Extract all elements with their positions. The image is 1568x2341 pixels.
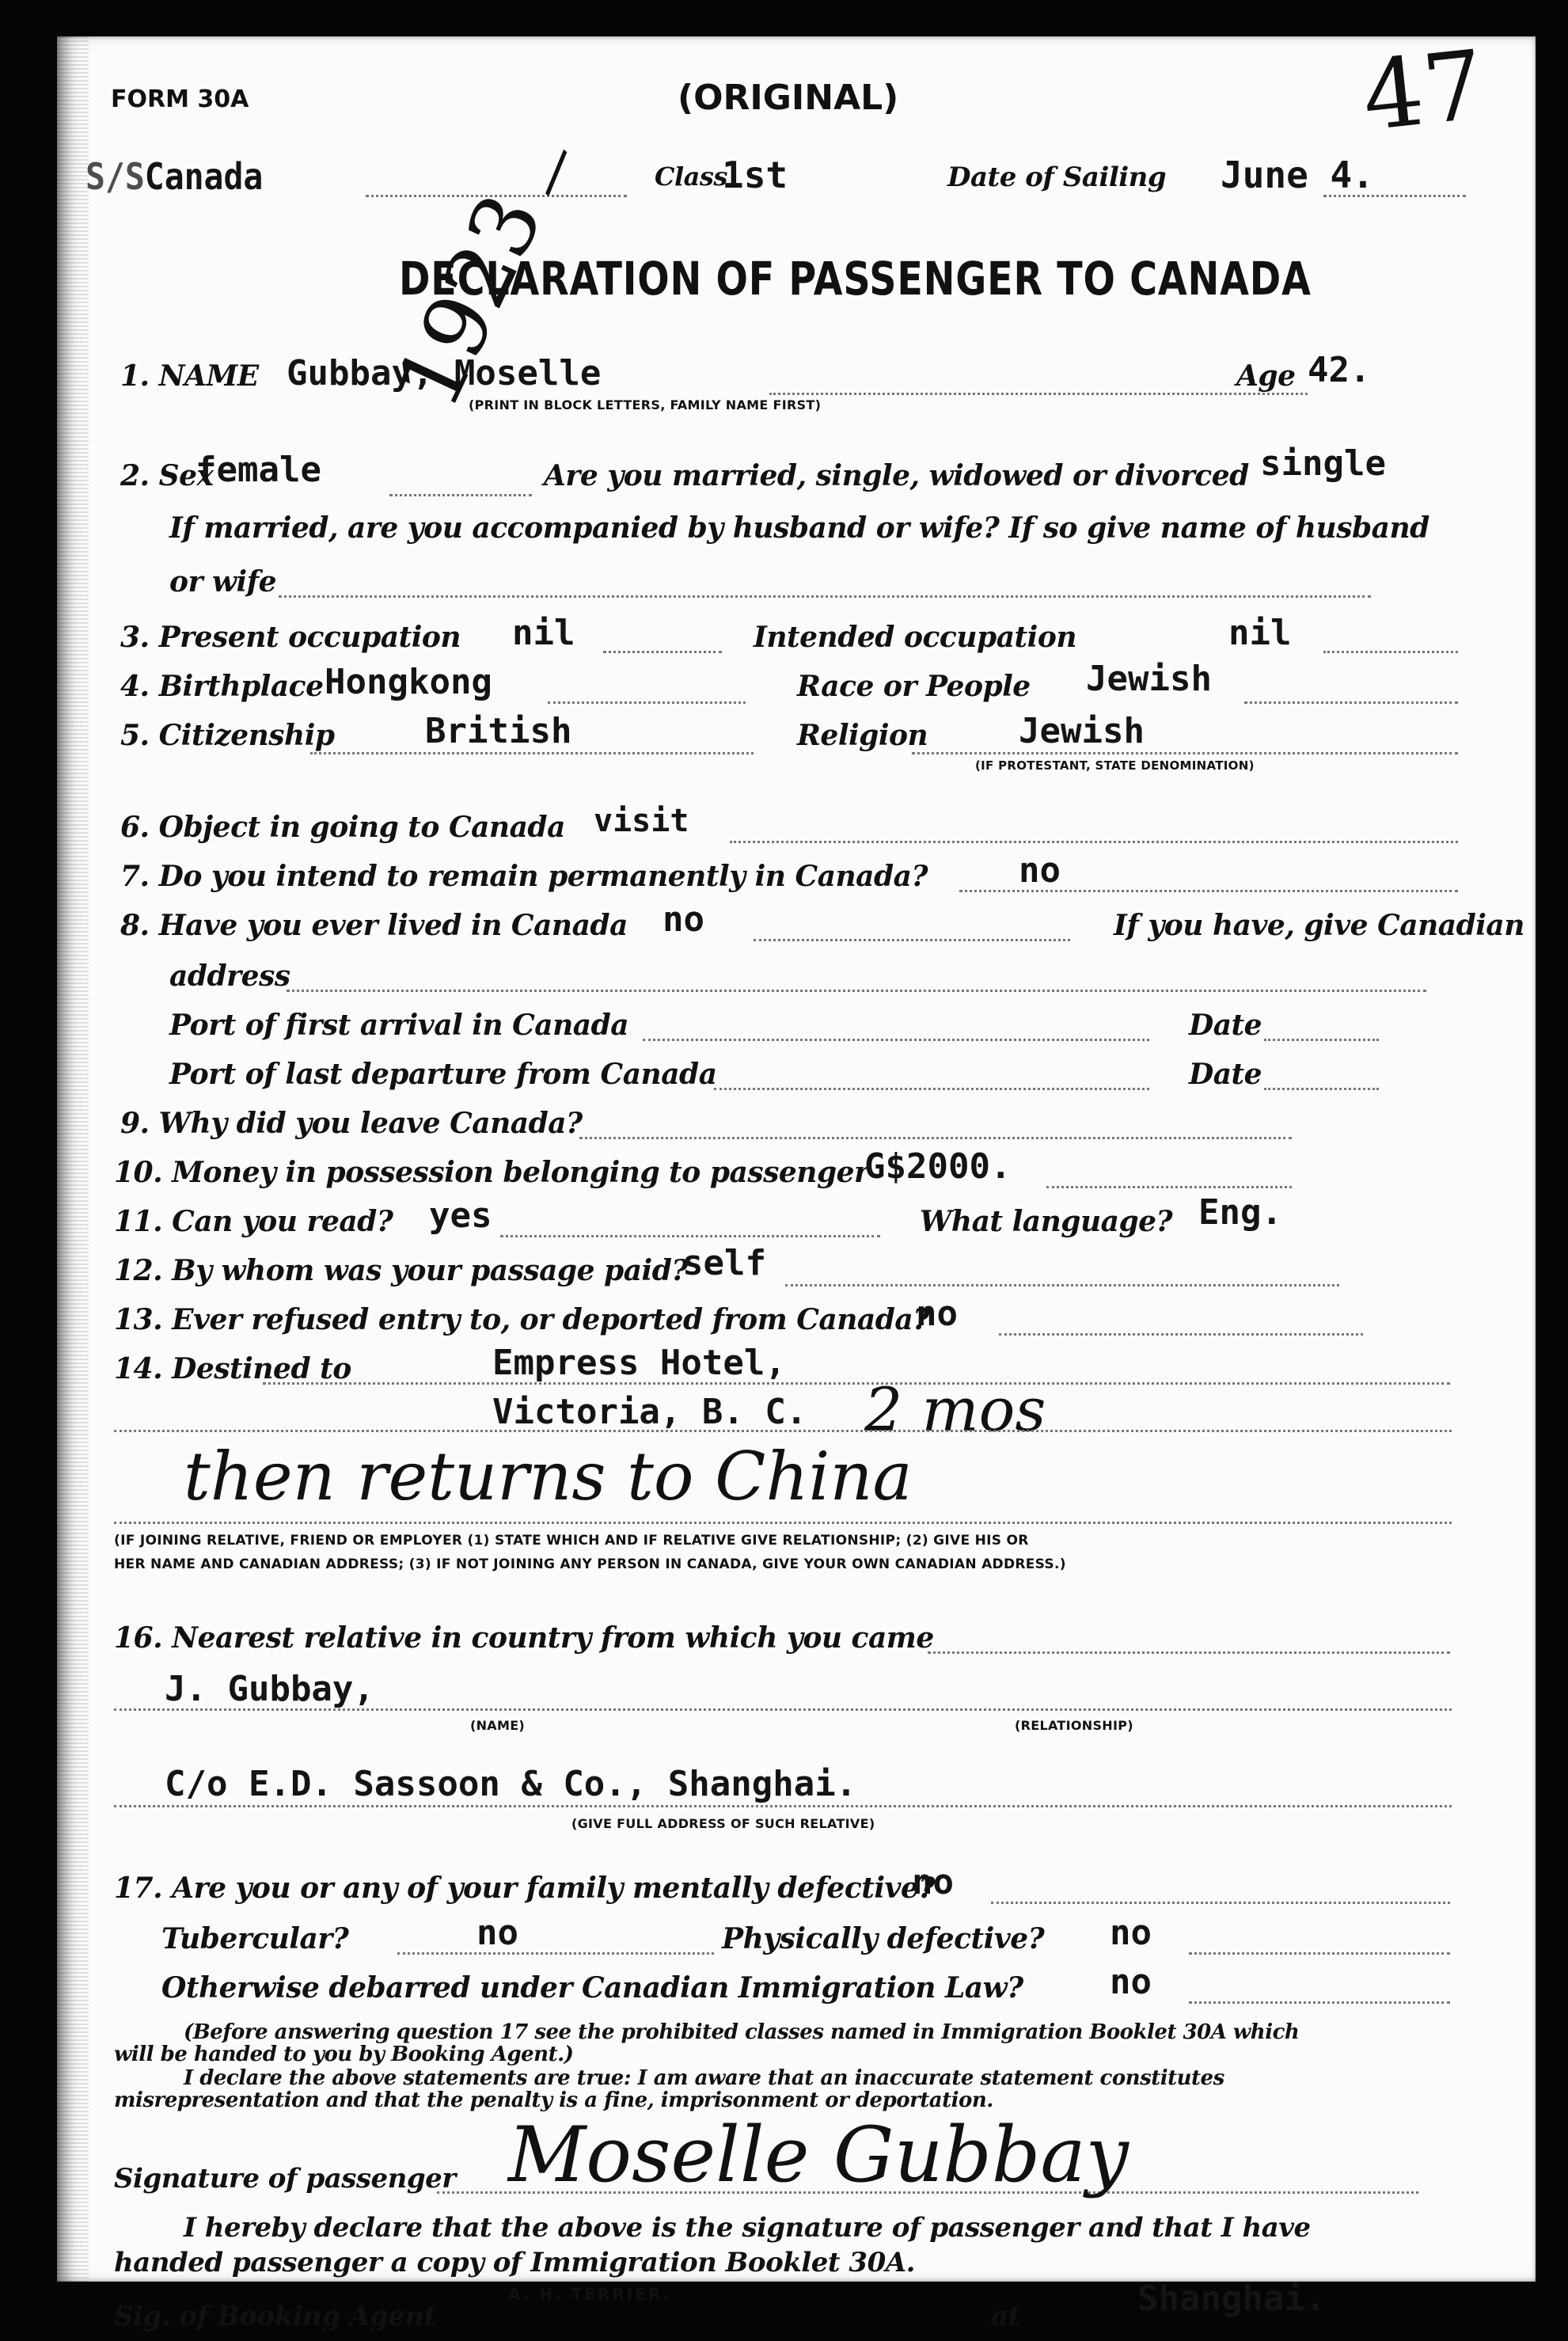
agent-name: A. H. TERRIER. bbox=[508, 2285, 671, 2304]
agent-declaration-2: handed passenger a copy of Immigration B… bbox=[114, 2247, 915, 2278]
q14-caption-2: HER NAME AND CANADIAN ADDRESS; (3) IF NO… bbox=[114, 1556, 1066, 1572]
q17-line bbox=[991, 1902, 1450, 1904]
q14-value-line2: Victoria, B. C. bbox=[492, 1392, 807, 1432]
passenger-signature: Moselle Gubbay bbox=[508, 2111, 1129, 2199]
age-label: Age bbox=[1236, 359, 1296, 393]
q14-line-3 bbox=[114, 1522, 1452, 1524]
q1-line bbox=[769, 393, 1308, 395]
q16-address-caption: (GIVE FULL ADDRESS OF SUCH RELATIVE) bbox=[571, 1816, 875, 1831]
q10-line bbox=[1046, 1186, 1292, 1188]
q17-note-1: (Before answering question 17 see the pr… bbox=[184, 2020, 1299, 2044]
q7-line bbox=[959, 890, 1458, 892]
q14-line-1 bbox=[263, 1382, 1450, 1385]
q8-label: 8. Have you ever lived in Canada bbox=[120, 909, 628, 942]
intended-value: nil bbox=[1228, 613, 1291, 653]
debarred-value: no bbox=[1110, 1962, 1152, 2002]
q16-name-line bbox=[114, 1708, 1452, 1711]
q12-value: self bbox=[682, 1243, 766, 1283]
q1-caption: (PRINT IN BLOCK LETTERS, FAMILY NAME FIR… bbox=[469, 397, 821, 412]
q16-name-caption: (NAME) bbox=[470, 1718, 525, 1733]
q16-relationship-caption: (RELATIONSHIP) bbox=[1015, 1718, 1133, 1733]
q9-label: 9. Why did you leave Canada? bbox=[120, 1107, 583, 1140]
ship-name-value: Canada bbox=[145, 155, 264, 198]
q2-line bbox=[389, 494, 532, 496]
intended-label: Intended occupation bbox=[754, 621, 1076, 654]
q16-label: 16. Nearest relative in country from whi… bbox=[114, 1621, 934, 1655]
date-line-2 bbox=[1264, 1088, 1379, 1090]
q8-right-label: If you have, give Canadian bbox=[1114, 909, 1524, 942]
sailing-value: June 4. bbox=[1221, 154, 1374, 196]
marital-value: single bbox=[1260, 443, 1386, 484]
port-last-line bbox=[714, 1088, 1149, 1090]
agent-label: Sig. of Booking Agent bbox=[114, 2301, 436, 2332]
religion-label: Religion bbox=[797, 719, 928, 752]
agent-place: Shanghai. bbox=[1137, 2278, 1326, 2319]
q1-label: 1. NAME bbox=[120, 359, 259, 393]
q13-label: 13. Ever refused entry to, or deported f… bbox=[114, 1303, 929, 1336]
copy-label: (ORIGINAL) bbox=[678, 78, 898, 118]
date-label-2: Date bbox=[1189, 1058, 1262, 1091]
q11-line bbox=[500, 1235, 880, 1237]
q5-line bbox=[310, 752, 754, 754]
q14-caption-1: (IF JOINING RELATIVE, FRIEND OR EMPLOYER… bbox=[114, 1533, 1029, 1549]
check-mark: \ bbox=[529, 141, 585, 203]
q12-line bbox=[785, 1284, 1339, 1286]
ship-name: S/SCanada bbox=[85, 155, 263, 198]
married-question-2: or wife bbox=[169, 565, 276, 599]
q17-label: 17. Are you or any of your family mental… bbox=[114, 1872, 935, 1905]
q11-value: yes bbox=[429, 1195, 492, 1236]
q5-label: 5. Citizenship bbox=[120, 719, 335, 752]
passenger-declaration-form: FORM 30A (ORIGINAL) 47 S/SCanada \ Class… bbox=[57, 36, 1536, 2282]
q17-note-2: will be handed to you by Booking Agent.) bbox=[114, 2043, 573, 2066]
religion-value: Jewish bbox=[1019, 711, 1145, 751]
sailing-label: Date of Sailing bbox=[947, 162, 1166, 193]
physical-label: Physically defective? bbox=[722, 1922, 1044, 1955]
religion-caption: (IF PROTESTANT, STATE DENOMINATION) bbox=[975, 758, 1255, 773]
q4-line bbox=[548, 701, 746, 704]
form-number: FORM 30A bbox=[111, 86, 249, 113]
language-label: What language? bbox=[920, 1205, 1172, 1238]
physical-line bbox=[1189, 1952, 1450, 1955]
class-value: 1st bbox=[722, 154, 788, 196]
at-label: at bbox=[991, 2301, 1020, 2332]
marital-label: Are you married, single, widowed or divo… bbox=[544, 459, 1249, 492]
q14-handwritten-duration: 2 mos bbox=[864, 1374, 1046, 1445]
q10-value: G$2000. bbox=[864, 1146, 1011, 1187]
address-label: address bbox=[169, 960, 290, 993]
q16-address: C/o E.D. Sassoon & Co., Shanghai. bbox=[165, 1764, 856, 1804]
q3-label: 3. Present occupation bbox=[120, 621, 461, 654]
debarred-line bbox=[1189, 2001, 1450, 2004]
q14-value-line1: Empress Hotel, bbox=[492, 1343, 786, 1383]
q2-value: female bbox=[196, 450, 321, 490]
race-value: Jewish bbox=[1086, 659, 1212, 699]
declaration-2: misrepresentation and that the penalty i… bbox=[114, 2088, 993, 2112]
address-line bbox=[287, 990, 1426, 992]
q5-value: British bbox=[425, 711, 571, 751]
age-value: 42. bbox=[1308, 350, 1370, 390]
handwritten-page-number: 47 bbox=[1357, 30, 1489, 152]
q8-value: no bbox=[663, 899, 704, 940]
q16-line bbox=[928, 1651, 1450, 1654]
agent-declaration-1: I hereby declare that the above is the s… bbox=[184, 2212, 1311, 2244]
race-label: Race or People bbox=[797, 670, 1031, 703]
date-label-1: Date bbox=[1189, 1009, 1262, 1042]
tubercular-value: no bbox=[476, 1913, 518, 1953]
q7-label: 7. Do you intend to remain permanently i… bbox=[120, 860, 928, 893]
q16-address-line bbox=[114, 1805, 1452, 1807]
spouse-line bbox=[279, 595, 1371, 598]
port-first-label: Port of first arrival in Canada bbox=[169, 1009, 628, 1042]
religion-line bbox=[912, 752, 1458, 754]
q12-label: 12. By whom was your passage paid? bbox=[114, 1254, 688, 1287]
q13-line bbox=[999, 1333, 1363, 1336]
q6-line bbox=[730, 841, 1458, 843]
q8-line bbox=[754, 939, 1070, 941]
signature-label: Signature of passenger bbox=[114, 2163, 456, 2195]
married-question: If married, are you accompanied by husba… bbox=[169, 511, 1429, 545]
language-value: Eng. bbox=[1198, 1192, 1282, 1233]
q4-value: Hongkong bbox=[325, 662, 492, 702]
q9-line bbox=[579, 1137, 1292, 1139]
tubercular-label: Tubercular? bbox=[161, 1922, 348, 1955]
ship-prefix: S/S bbox=[85, 155, 145, 198]
q10-label: 10. Money in possession belonging to pas… bbox=[114, 1156, 868, 1189]
port-last-label: Port of last departure from Canada bbox=[169, 1058, 717, 1091]
q11-label: 11. Can you read? bbox=[114, 1205, 393, 1238]
q14-handwritten-note: then returns to China bbox=[184, 1438, 913, 1515]
date-line-1 bbox=[1264, 1039, 1379, 1041]
q6-label: 6. Object in going to Canada bbox=[120, 811, 565, 844]
q6-value: visit bbox=[594, 803, 689, 839]
sailing-line bbox=[1323, 195, 1466, 197]
q4-label: 4. Birthplace bbox=[120, 670, 324, 703]
q14-label: 14. Destined to bbox=[114, 1352, 351, 1385]
class-label: Class bbox=[655, 162, 727, 192]
declaration-1: I declare the above statements are true:… bbox=[184, 2066, 1224, 2090]
q16-name: J. Gubbay, bbox=[165, 1669, 374, 1709]
race-line bbox=[1244, 701, 1458, 704]
debarred-label: Otherwise debarred under Canadian Immigr… bbox=[161, 1971, 1023, 2005]
port-first-line bbox=[643, 1039, 1149, 1041]
q13-value: no bbox=[916, 1294, 958, 1334]
tubercular-line bbox=[397, 1952, 714, 1955]
q3-line bbox=[603, 651, 722, 653]
physical-value: no bbox=[1110, 1913, 1152, 1953]
q14-line-2 bbox=[114, 1430, 1452, 1432]
q3-value: nil bbox=[512, 613, 575, 653]
q7-value: no bbox=[1019, 850, 1061, 891]
q17-value: no bbox=[912, 1862, 954, 1902]
intended-line bbox=[1323, 651, 1458, 653]
